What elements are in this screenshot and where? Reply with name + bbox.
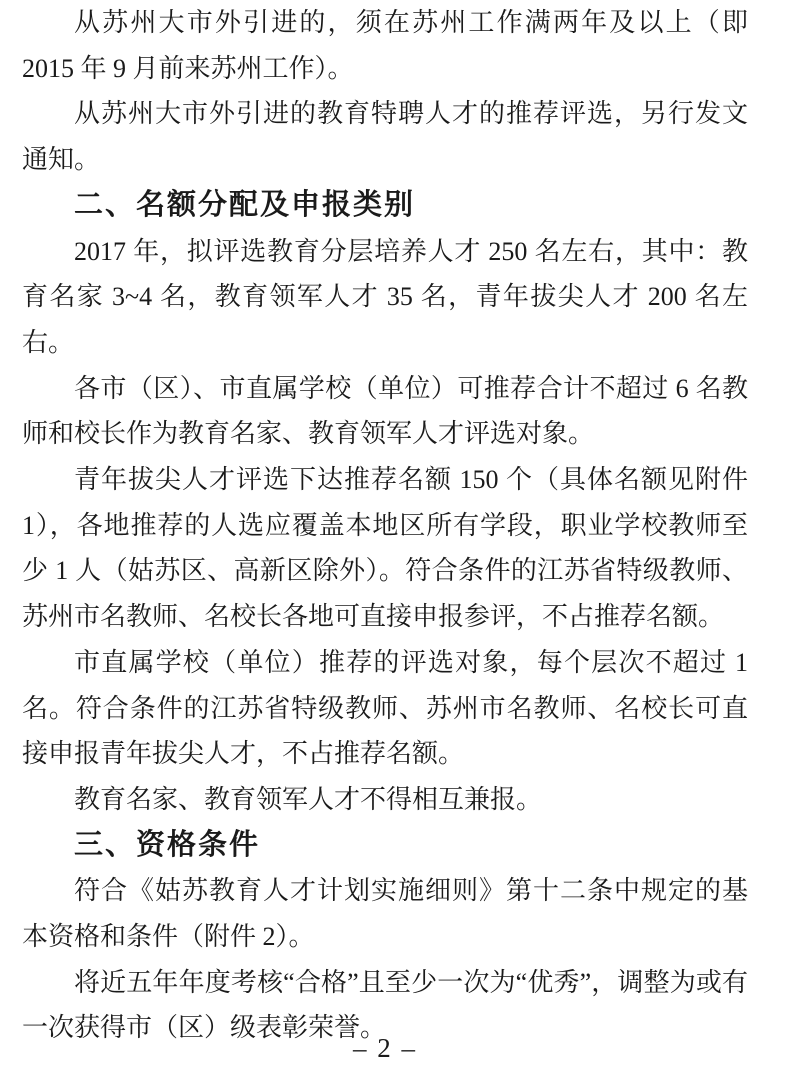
paragraph-basic-qualification: 符合《姑苏教育人才计划实施细则》第十二条中规定的基本资格和条件（附件 2）。 xyxy=(22,868,748,959)
section-heading-qualification: 三、资格条件 xyxy=(22,823,748,869)
document-body: 从苏州大市外引进的，须在苏州工作满两年及以上（即 2015 年 9 月前来苏州工… xyxy=(22,0,748,1051)
paragraph-district-recommendation-limit: 各市（区）、市直属学校（单位）可推荐合计不超过 6 名教师和校长作为教育名家、教… xyxy=(22,366,748,457)
paragraph-no-dual-application: 教育名家、教育领军人才不得相互兼报。 xyxy=(22,777,748,823)
section-heading-quota-allocation: 二、名额分配及申报类别 xyxy=(22,183,748,229)
paragraph-special-recruit-notice: 从苏州大市外引进的教育特聘人才的推荐评选，另行发文通知。 xyxy=(22,91,748,182)
paragraph-municipal-school-limit: 市直属学校（单位）推荐的评选对象，每个层次不超过 1 名。符合条件的江苏省特级教… xyxy=(22,640,748,777)
paragraph-2017-selection-plan: 2017 年，拟评选教育分层培养人才 250 名左右，其中：教育名家 3~4 名… xyxy=(22,229,748,366)
page-number: – 2 – xyxy=(22,1033,748,1064)
document-page: 从苏州大市外引进的，须在苏州工作满两年及以上（即 2015 年 9 月前来苏州工… xyxy=(0,0,800,1079)
paragraph-young-talent-quota: 青年拔尖人才评选下达推荐名额 150 个（具体名额见附件 1），各地推荐的人选应… xyxy=(22,457,748,640)
paragraph-import-requirement: 从苏州大市外引进的，须在苏州工作满两年及以上（即 2015 年 9 月前来苏州工… xyxy=(22,0,748,91)
